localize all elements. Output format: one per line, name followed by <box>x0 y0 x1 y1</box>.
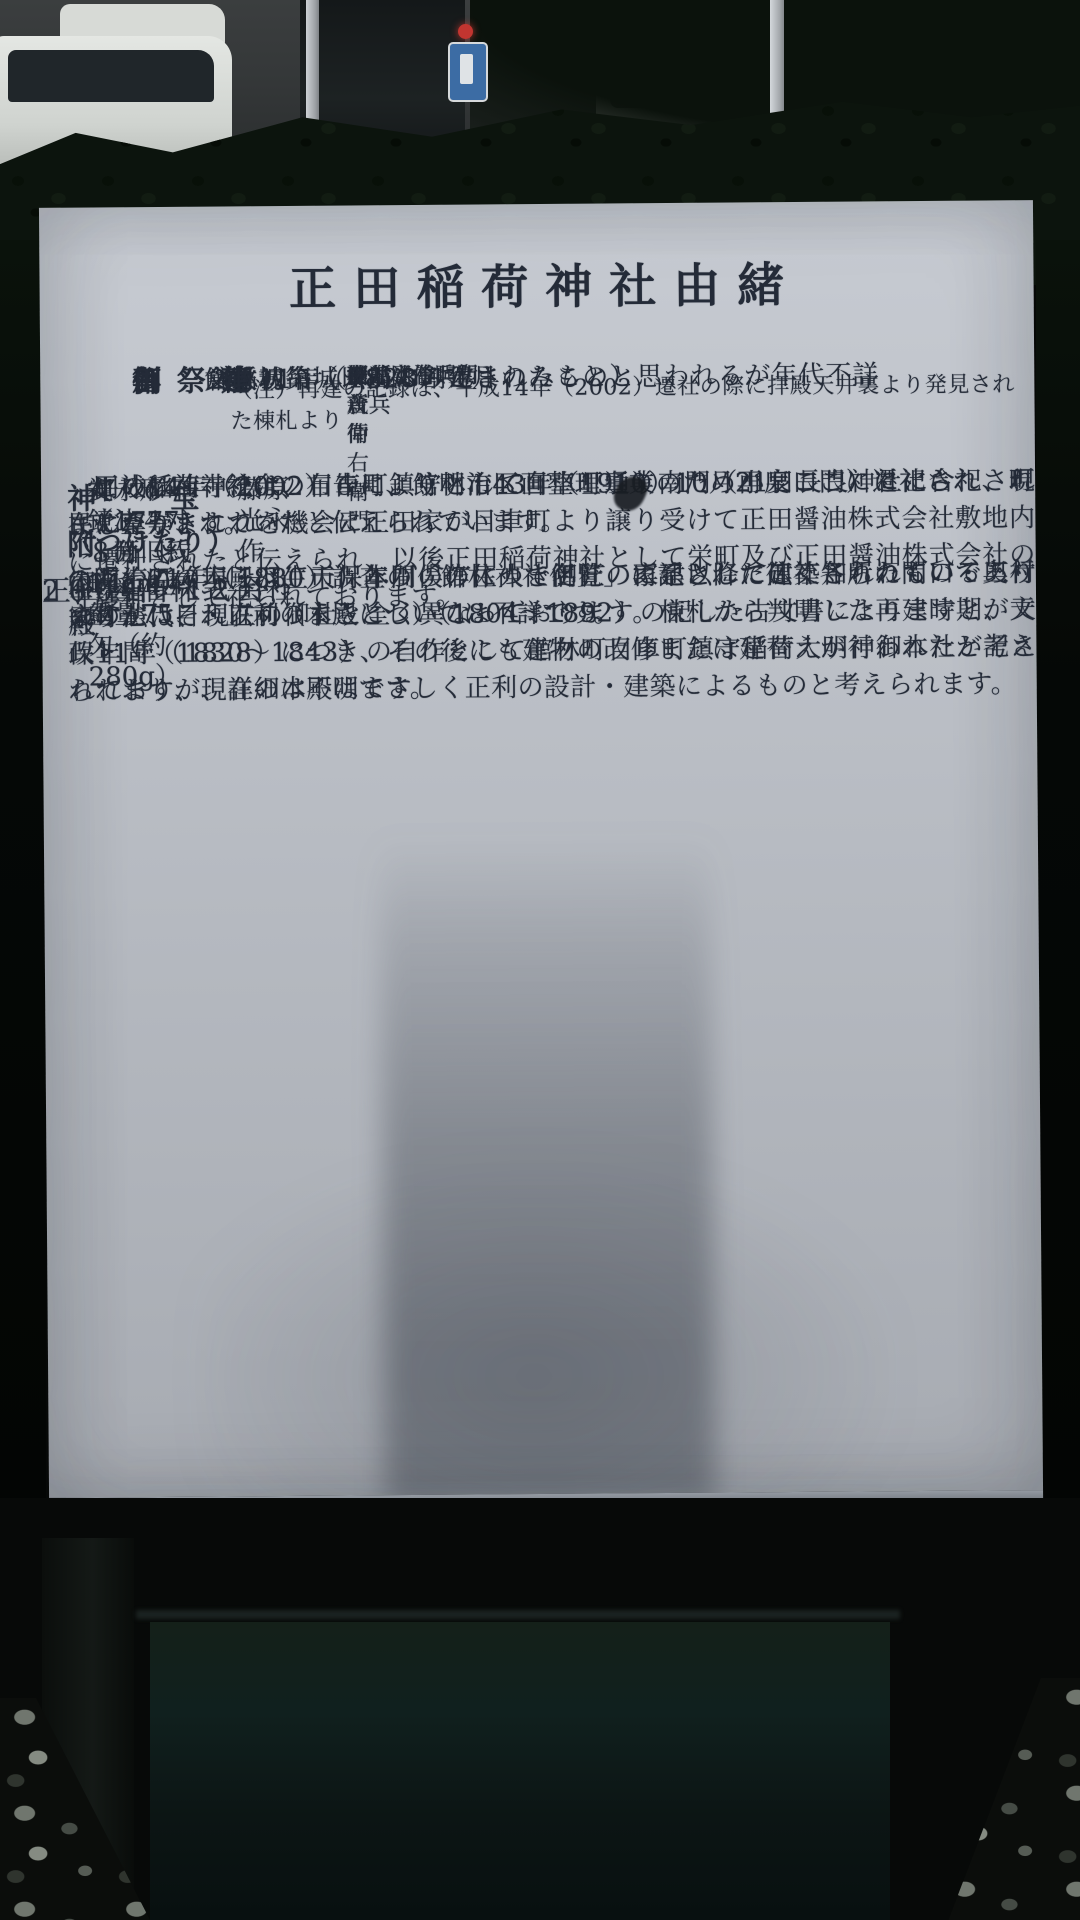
street-sign-glyph <box>460 54 473 84</box>
treasure-maker: 藤原光永 作 <box>237 475 290 568</box>
gravel-right <box>940 1678 1080 1920</box>
signboard: 正田稲荷神社由緒 御 祭 神 倉稲魂命（うかのみたまのみこと） 例 祭 ２月初午… <box>39 200 1043 1498</box>
pedestal-panel-edge <box>136 1610 900 1619</box>
sign-title: 正田稲荷神社由緒 <box>63 246 1009 320</box>
red-signal-light <box>458 24 473 39</box>
photo-of-shrine-signboard: NS 正田稲荷神社由緒 御 祭 神 倉稲魂命（うかのみたまのみこと） 例 祭 ２… <box>0 0 1080 1920</box>
caretaker-name: 森 半治門 <box>346 361 498 391</box>
pedestal <box>0 1498 1080 1920</box>
dark-structure <box>300 0 465 140</box>
shade-right-of-sign <box>1036 240 1080 1520</box>
enshrined-info-list: 御 祭 神 倉稲魂命（うかのみたまのみこと） 例 祭 ２月初午 創 建 館林城築… <box>132 357 1034 364</box>
history-paragraphs: この稲荷神社は、目車町鎮守として目車町通り南門（小泉口門）に祀られ、町民に尊崇さ… <box>67 463 1009 470</box>
footer-company: 正田醤油株式会社 <box>42 567 298 614</box>
blue-street-sign <box>448 42 488 102</box>
shade-left-of-sign <box>0 240 46 1520</box>
van-windows <box>8 50 214 102</box>
pedestal-recessed-panel <box>150 1622 890 1920</box>
appendix-reading: （つけたり） <box>67 521 235 559</box>
soft-stain-shadow <box>196 1081 899 1516</box>
